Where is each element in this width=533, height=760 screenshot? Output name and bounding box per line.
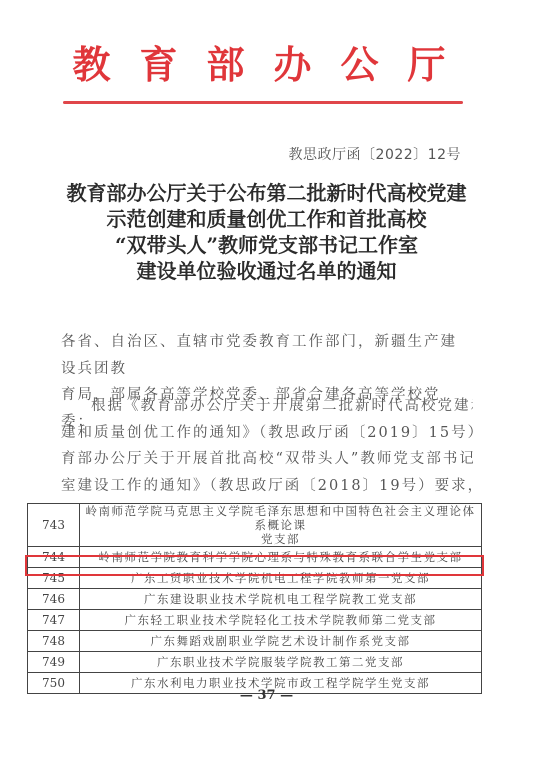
unit-name: 广东舞蹈戏剧职业学院艺术设计制作系党支部 xyxy=(80,631,482,652)
table-row: 749 广东职业技术学院服装学院教工第二党支部 xyxy=(28,652,482,673)
table-row: 748 广东舞蹈戏剧职业学院艺术设计制作系党支部 xyxy=(28,631,482,652)
notice-title-line: 教育部办公厅关于公布第二批新时代高校党建 xyxy=(0,180,533,206)
row-number: 748 xyxy=(28,631,80,652)
document-number: 教思政厅函〔2022〕12号 xyxy=(289,144,461,164)
paragraph-line: 根据《教育部办公厅关于开展第二批新时代高校党建示范创 xyxy=(61,393,473,420)
table-row: 744 岭南师范学院教育科学学院心理系与特殊教育系联合学生党支部 xyxy=(28,547,482,568)
unit-name: 广东职业技术学院服装学院教工第二党支部 xyxy=(80,652,482,673)
table-row: 743 岭南师范学院马克思主义学院毛泽东思想和中国特色社会主义理论体系概论课 党… xyxy=(28,504,482,547)
notice-title-line: “双带头人”教师党支部书记工作室 xyxy=(0,232,533,258)
body-paragraph: 根据《教育部办公厅关于开展第二批新时代高校党建示范创 建和质量创优工作的通知》（… xyxy=(61,393,473,499)
row-number: 746 xyxy=(28,589,80,610)
unit-name: 岭南师范学院马克思主义学院毛泽东思想和中国特色社会主义理论体系概论课 党支部 xyxy=(80,504,482,547)
table-row-highlighted: 745 广东工贸职业技术学院机电工程学院教师第一党支部 xyxy=(28,568,482,589)
row-number: 749 xyxy=(28,652,80,673)
unit-name: 广东轻工职业技术学院轻化工技术学院教师第二党支部 xyxy=(80,610,482,631)
page-number: — 37 — xyxy=(0,688,533,703)
unit-name: 岭南师范学院教育科学学院心理系与特殊教育系联合学生党支部 xyxy=(80,547,482,568)
notice-title: 教育部办公厅关于公布第二批新时代高校党建 示范创建和质量创优工作和首批高校 “双… xyxy=(0,180,533,284)
row-number: 745 xyxy=(28,568,80,589)
acceptance-list-table: 743 岭南师范学院马克思主义学院毛泽东思想和中国特色社会主义理论体系概论课 党… xyxy=(27,503,482,694)
notice-title-line: 示范创建和质量创优工作和首批高校 xyxy=(0,206,533,232)
issuing-organization-title: 教育部办公厅 xyxy=(0,40,533,90)
red-header-rule xyxy=(63,101,463,104)
unit-name: 广东工贸职业技术学院机电工程学院教师第一党支部 xyxy=(80,568,482,589)
paragraph-line: 室建设工作的通知》（教思政厅函〔2018〕19号）要求，各建设 xyxy=(61,473,473,500)
notice-title-line: 建设单位验收通过名单的通知 xyxy=(0,258,533,284)
row-number: 747 xyxy=(28,610,80,631)
unit-name-line: 党支部 xyxy=(84,532,477,546)
paragraph-line: 建和质量创优工作的通知》（教思政厅函〔2019〕15号）和《教 xyxy=(61,420,473,447)
unit-name-line: 岭南师范学院马克思主义学院毛泽东思想和中国特色社会主义理论体系概论课 xyxy=(84,504,477,532)
row-number: 743 xyxy=(28,504,80,547)
row-number: 744 xyxy=(28,547,80,568)
paragraph-line: 育部办公厅关于开展首批高校“双带头人”教师党支部书记工作 xyxy=(61,446,473,473)
table-row: 746 广东建设职业技术学院机电工程学院教工党支部 xyxy=(28,589,482,610)
addressee-line: 各省、自治区、直辖市党委教育工作部门，新疆生产建设兵团教 xyxy=(61,329,473,382)
table-row: 747 广东轻工职业技术学院轻化工技术学院教师第二党支部 xyxy=(28,610,482,631)
unit-name: 广东建设职业技术学院机电工程学院教工党支部 xyxy=(80,589,482,610)
